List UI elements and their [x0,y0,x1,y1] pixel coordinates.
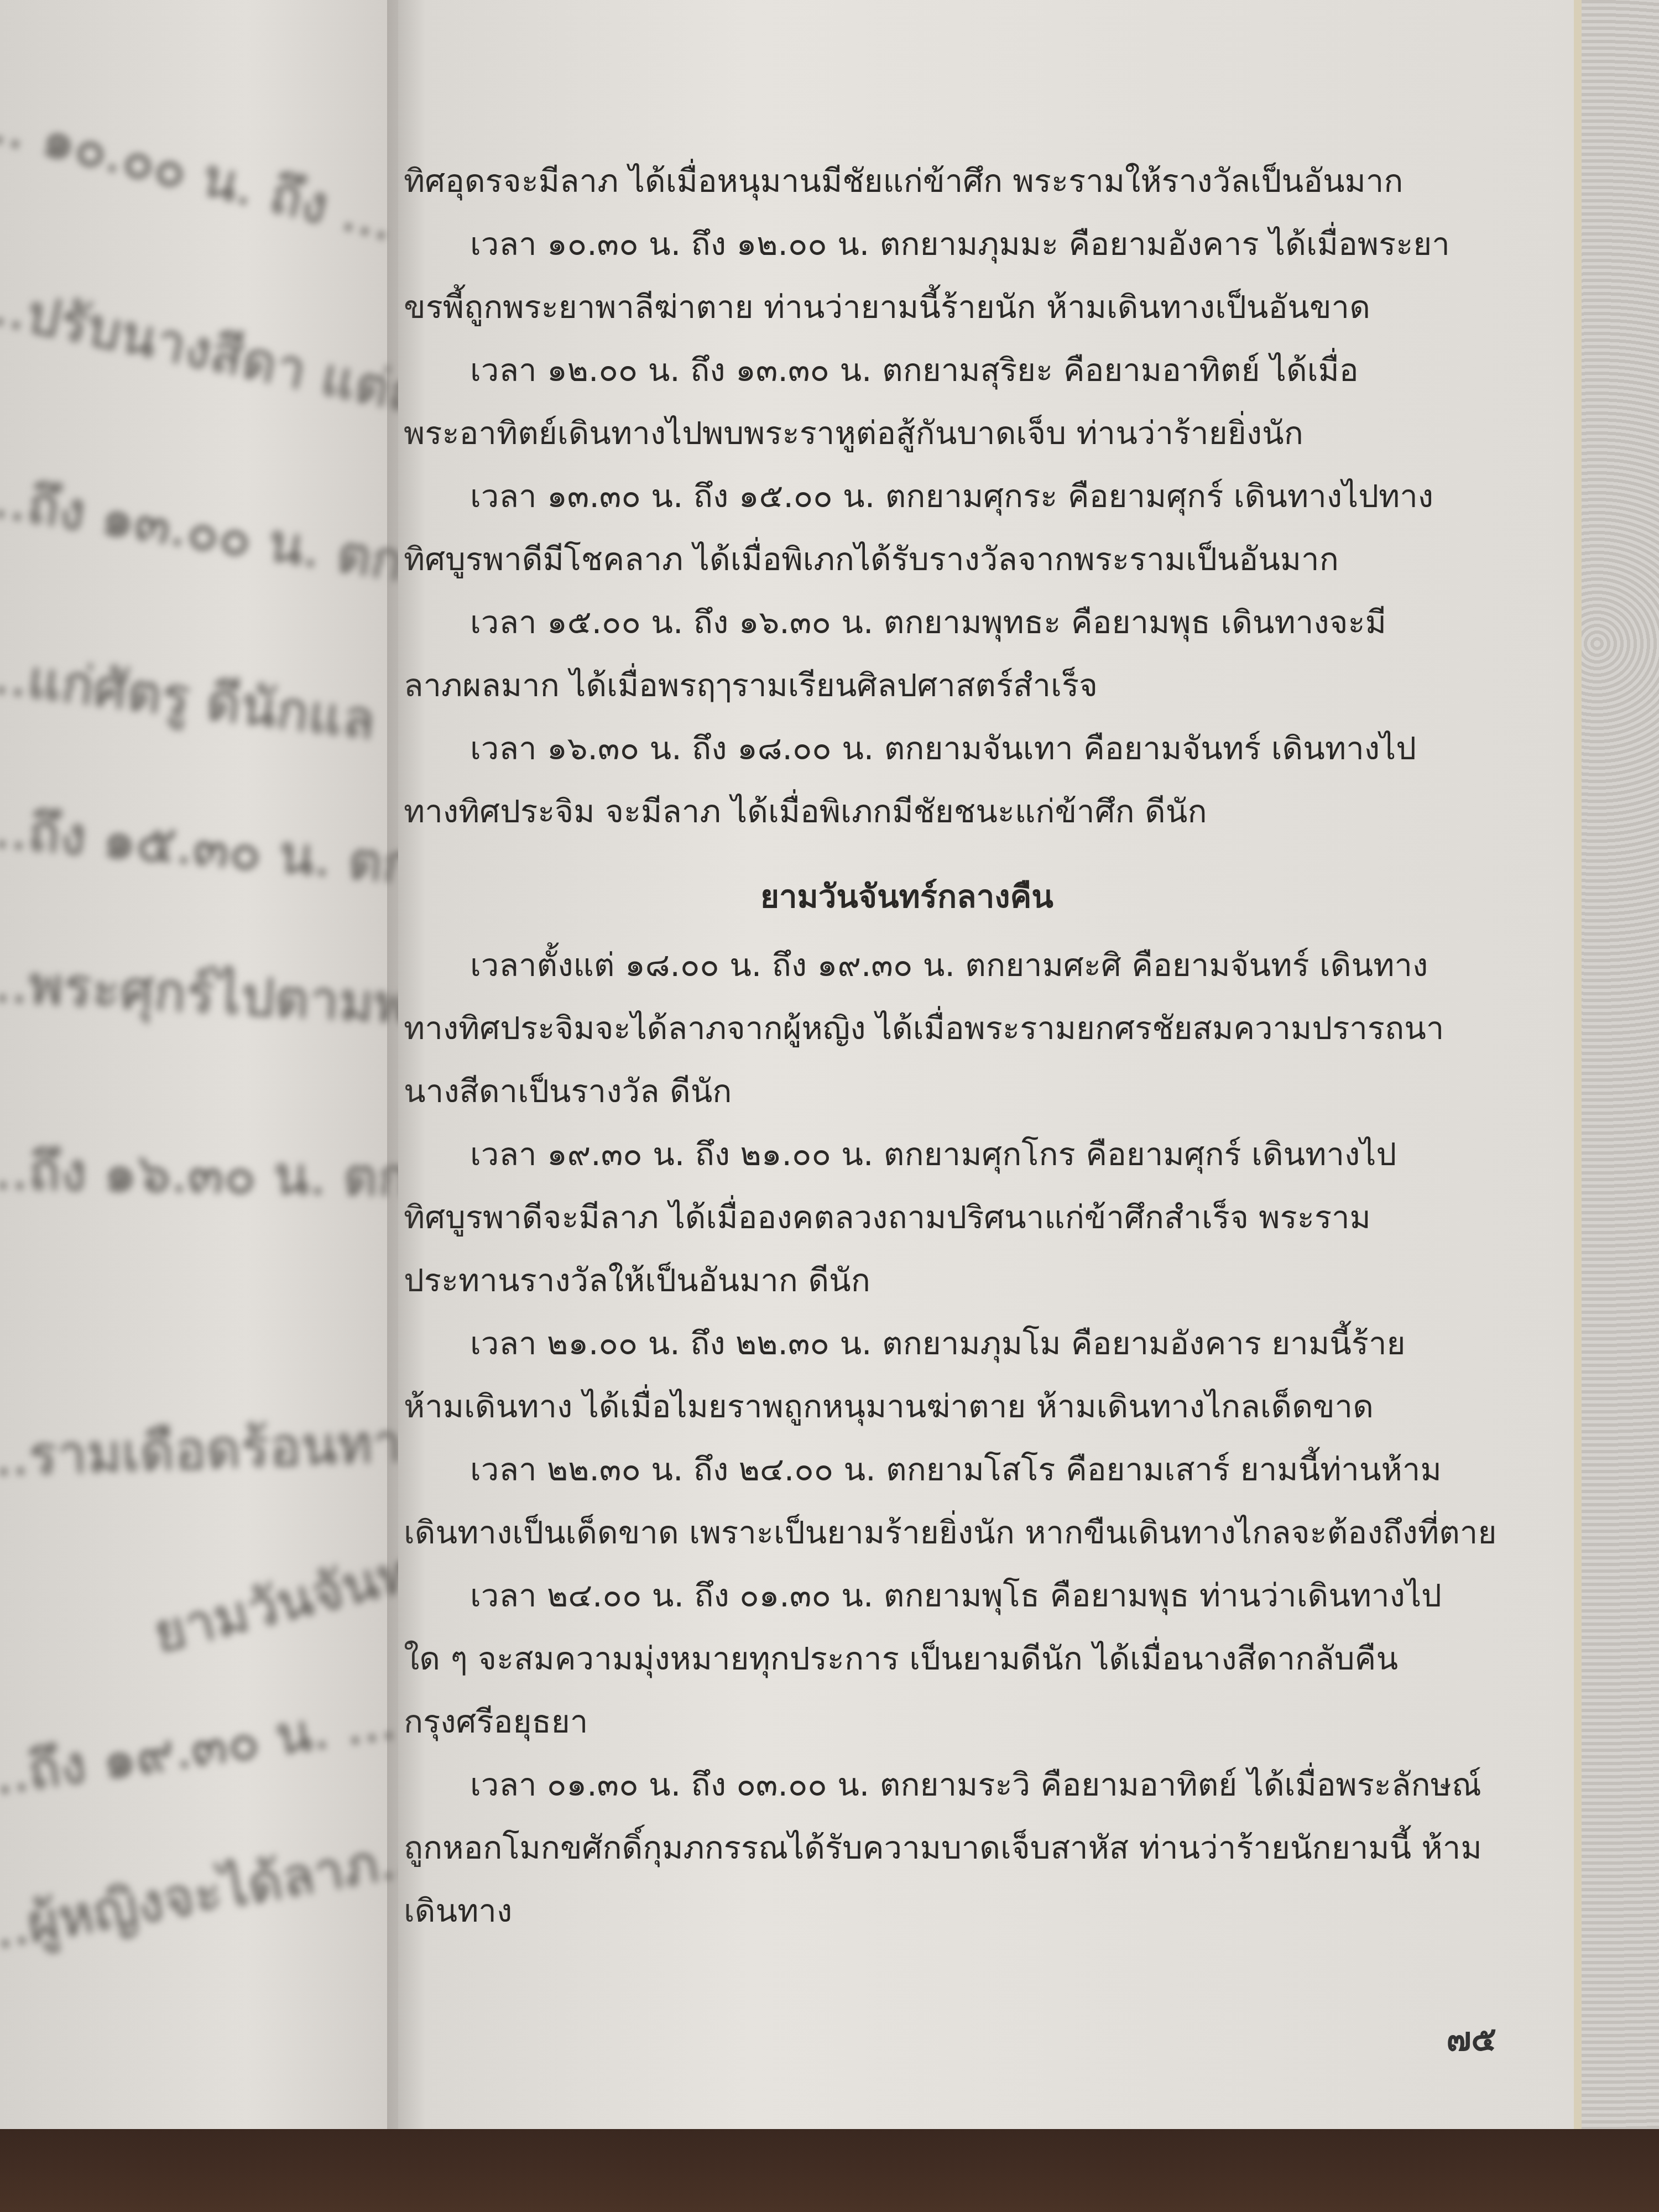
paragraph-line: ทางทิศประจิม จะมีลาภ ได้เมื่อพิเภกมีชัยช… [398,780,1515,843]
paragraph-line: เวลา ๑๓.๓๐ น. ถึง ๑๕.๐๐ น. ตกยามศุกระ คื… [398,465,1515,528]
table-surface [0,2129,1659,2212]
book-gutter [387,0,426,2146]
page-number: ๗๕ [1446,2013,1496,2065]
paragraph-line: เวลา ๑๖.๓๐ น. ถึง ๑๘.๐๐ น. ตกยามจันเทา ค… [398,717,1515,780]
paragraph-line: เวลาตั้งแต่ ๑๘.๐๐ น. ถึง ๑๙.๓๐ น. ตกยามศ… [398,933,1515,997]
left-page: ... ๑๐.๐๐ น. ถึง ... ...ปรับนางสีดา แต่ฤ… [0,0,409,2212]
paragraph-line: ประทานรางวัลให้เป็นอันมาก ดีนัก [398,1249,1515,1312]
left-page-line: ยามวันจันทร์... [145,1511,409,1676]
left-page-line: ...ถึง ๑๖.๓๐ น. ตกยาม... [0,1128,409,1222]
paragraph-line: กรุงศรีอยุธยา [398,1690,1515,1753]
paragraph-line: ทางทิศประจิมจะได้ลาภจากผู้หญิง ได้เมื่อพ… [398,997,1515,1060]
page-body: ทิศอุดรจะมีลาภ ได้เมื่อหนุมานมีชัยแก่ข้า… [398,149,1515,1942]
paragraph-line: ใด ๆ จะสมความมุ่งหมายทุกประการ เป็นยามดี… [398,1627,1515,1690]
left-page-line: ...ถึง ๑๓.๐๐ น. ตกยาม... [0,454,409,627]
left-page-line: ...พระศุกร์ไปตามพระราม... [0,940,409,1057]
left-page-line: ...ถึง ๑๕.๓๐ น. ตกยาม... [0,785,409,920]
left-page-line: ...รามเดือดร้อนทางบ้าน [0,1396,409,1500]
right-page: ทิศอุดรจะมีลาภ ได้เมื่อหนุมานมีชัยแก่ข้า… [398,0,1582,2151]
left-page-line: ...ผู้หญิงจะได้ลาภ... [0,1813,409,1975]
paragraph-line: ทิศบูรพาดีจะมีลาภ ได้เมื่อองคตลวงถามปริศ… [398,1186,1515,1249]
paragraph-line: เวลา ๒๑.๐๐ น. ถึง ๒๒.๓๐ น. ตกยามภุมโม คื… [398,1312,1515,1375]
section-heading: ยามวันจันทร์กลางคืน [398,865,1515,928]
paragraph-line: เวลา ๑๙.๓๐ น. ถึง ๒๑.๐๐ น. ตกยามศุกโกร ค… [398,1123,1515,1186]
paragraph-line: เวลา ๑๕.๐๐ น. ถึง ๑๖.๓๐ น. ตกยามพุทธะ คื… [398,591,1515,654]
background-cloth [1571,0,1659,2146]
paragraph-line: เดินทางเป็นเด็ดขาด เพราะเป็นยามร้ายยิ่งน… [398,1501,1515,1564]
paragraph-line: เวลา ๐๑.๓๐ น. ถึง ๐๓.๐๐ น. ตกยามระวิ คือ… [398,1753,1515,1816]
paragraph-line: เวลา ๑๒.๐๐ น. ถึง ๑๓.๓๐ น. ตกยามสุริยะ ค… [398,338,1515,401]
paragraph-line: ห้ามเดินทาง ได้เมื่อไมยราพถูกหนุมานฆ่าตา… [398,1375,1515,1438]
paragraph-line: เวลา ๒๔.๐๐ น. ถึง ๐๑.๓๐ น. ตกยามพุโธ คือ… [398,1564,1515,1627]
paragraph-line: เวลา ๒๒.๓๐ น. ถึง ๒๔.๐๐ น. ตกยามโสโร คือ… [398,1438,1515,1501]
paragraph-line: เวลา ๑๐.๓๐ น. ถึง ๑๒.๐๐ น. ตกยามภุมมะ คื… [398,212,1515,275]
paragraph-line: ขรพี้ถูกพระยาพาลีฆ่าตาย ท่านว่ายามนี้ร้า… [398,275,1515,338]
paragraph-line: ทิศบูรพาดีมีโชคลาภ ได้เมื่อพิเภกได้รับรา… [398,528,1515,591]
left-page-line: ...แก่ศัตรู ดีนักแล [0,631,380,763]
paragraph-line: นางสีดาเป็นรางวัล ดีนัก [398,1060,1515,1123]
left-page-line: ... ๑๐.๐๐ น. ถึง ... [0,79,403,264]
paragraph-line: เดินทาง [398,1879,1515,1942]
paragraph-line: ลาภผลมาก ได้เมื่อพรฤๅรามเรียนศิลปศาสตร์ส… [398,654,1515,717]
paragraph-line: ถูกหอกโมกขศักดิ์กุมภกรรณได้รับความบาดเจ็… [398,1816,1515,1879]
paragraph-line: พระอาทิตย์เดินทางไปพบพระราหูต่อสู้กันบาด… [398,401,1515,465]
paragraph-line: ทิศอุดรจะมีลาภ ได้เมื่อหนุมานมีชัยแก่ข้า… [398,149,1515,212]
left-page-line: ...ปรับนางสีดา แต่ฤาษีไม่... [0,261,409,474]
left-page-line: ...ถึง ๑๙.๓๐ น. ... [0,1678,401,1820]
